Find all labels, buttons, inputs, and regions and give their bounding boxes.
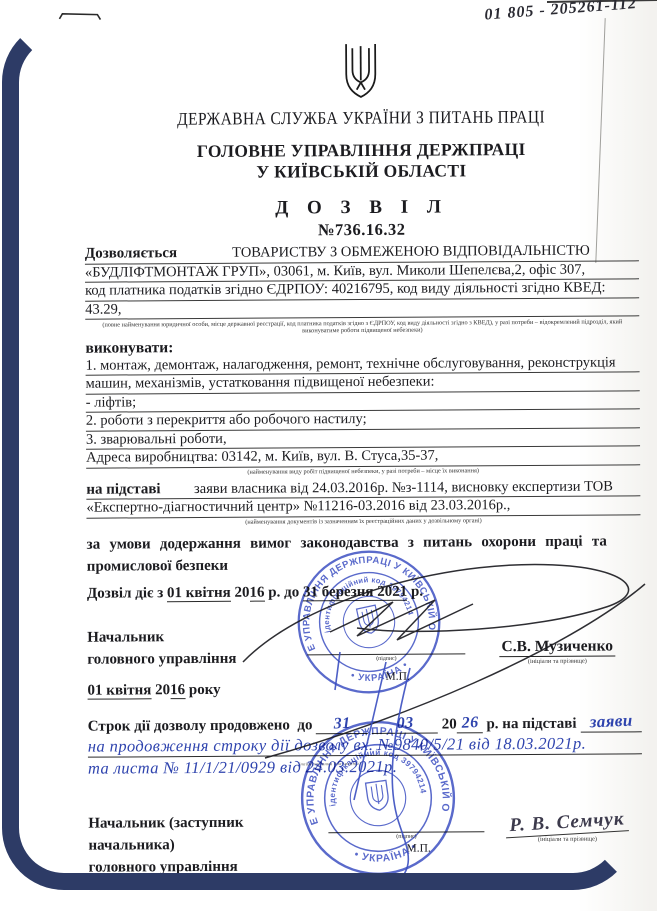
svg-text:ГОЛОВНЕ УПРАВЛІННЯ ДЕРЖПРАЦІ У: ГОЛОВНЕ УПРАВЛІННЯ ДЕРЖПРАЦІ У КИЇВСЬКІЙ… xyxy=(285,705,455,834)
basis-line: «Експертно-діагностичний центр» №11216-0… xyxy=(86,496,640,518)
signer2-signature: Р. В. Семчук xyxy=(505,808,629,838)
document-number: №736.16.32 xyxy=(85,218,639,241)
grantee-section: Дозволяється ТОВАРИСТВУ З ОБМЕЖЕНОЮ ВІДП… xyxy=(85,242,640,336)
top-annotations: 01 805 - 205261-112 xyxy=(83,0,637,32)
signer2-title: Начальник (заступник начальника) xyxy=(88,811,320,856)
granted-label: Дозволяється xyxy=(85,245,183,263)
handwritten-basis: заяви xyxy=(589,713,632,728)
works-footnote: (найменування виду робіт підвищеної небе… xyxy=(86,466,640,477)
basis-label: на підставі xyxy=(86,481,166,499)
pen-mark-icon xyxy=(57,11,103,23)
agency-title: ДЕРЖАВНА СЛУЖБА УКРАЇНИ З ПИТАНЬ ПРАЦІ xyxy=(84,107,638,131)
work-item: Адреса виробництва: 03142, м. Київ, вул.… xyxy=(86,446,640,468)
official-round-stamp: ГОЛОВНЕ УПРАВЛІННЯ ДЕРЖПРАЦІ У КИЇВСЬКІЙ… xyxy=(279,532,459,712)
official-round-stamp: ГОЛОВНЕ УПРАВЛІННЯ ДЕРЖПРАЦІ У КИЇВСЬКІЙ… xyxy=(285,705,470,890)
scanned-permit-document: 01 805 - 205261-112 ДЕРЖАВНА СЛУЖБА УКРА… xyxy=(0,0,657,911)
stamp-bottom-text: • УКРАЇНА • xyxy=(351,840,421,868)
signer1-title: Начальник xyxy=(87,625,299,648)
ukraine-trident-icon xyxy=(84,41,638,100)
svg-text:• УКРАЇНА •: • УКРАЇНА • xyxy=(351,840,421,868)
signature1-date: 01 квітня 2016 року xyxy=(87,678,299,701)
grantee-line: ТОВАРИСТВУ З ОБМЕЖЕНОЮ ВІДПОВІДАЛЬНІСТЮ xyxy=(183,242,639,262)
name-note: (ініціали та прізвище) xyxy=(473,657,641,666)
basis-section: на підставі заяви власника від 24.03.201… xyxy=(86,478,640,527)
department-title: ГОЛОВНЕ УПРАВЛІННЯ ДЕРЖПРАЦІ У КИЇВСЬКІЙ… xyxy=(84,138,638,183)
document-title: Д О З В І Л xyxy=(85,195,639,220)
stamp-outer-text: ГОЛОВНЕ УПРАВЛІННЯ ДЕРЖПРАЦІ У КИЇВСЬКІЙ… xyxy=(285,705,455,834)
perform-label: виконувати: xyxy=(85,339,173,357)
signer1-name: С.В. Музиченко xyxy=(499,637,615,657)
grantee-footnote: (повне найменування юридичної особи, міс… xyxy=(85,318,639,336)
handwritten-year: 26 xyxy=(461,716,478,730)
basis-line: заяви власника від 24.03.2016р. №з-1114,… xyxy=(167,478,641,498)
basis-footnote: (найменування документів із зазначенням … xyxy=(86,516,640,527)
handwritten-registry-number: 01 805 - 205261-112 xyxy=(484,0,638,25)
grantee-line: 43.29, xyxy=(85,298,639,320)
works-section: 1. монтаж, демонтаж, налагодження, ремон… xyxy=(85,354,640,477)
